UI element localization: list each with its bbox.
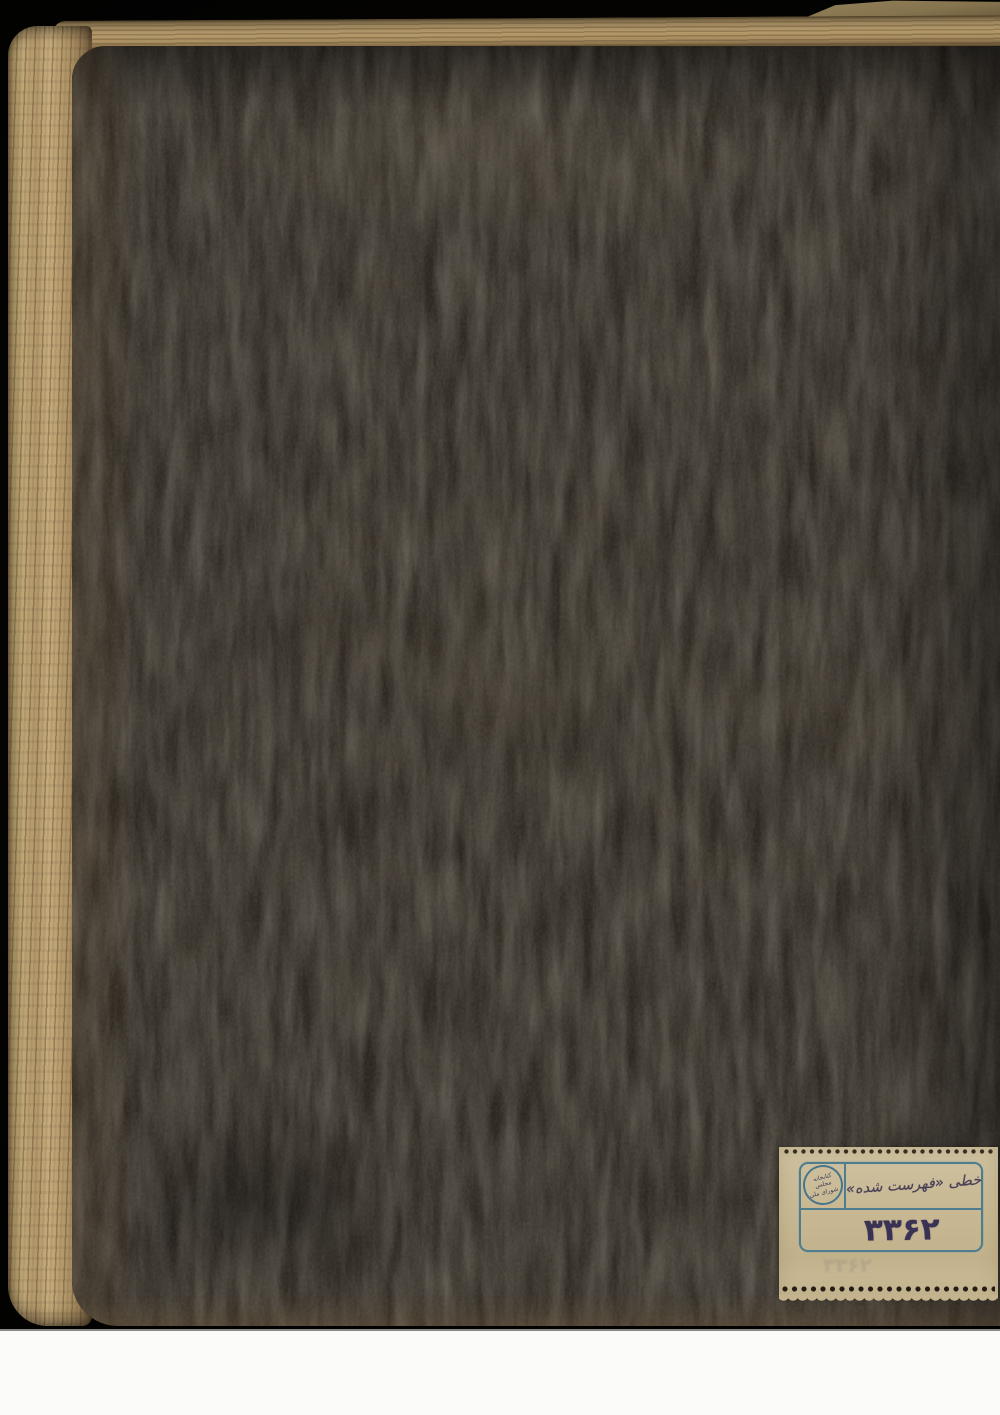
manuscript-scan: کتابخانه مجلس شورای ملی خطی «فهرست شده» … [0,0,1000,1415]
label-seal-cell: کتابخانه مجلس شورای ملی [801,1164,846,1208]
leather-wear-shading [72,46,1000,1326]
label-frame: کتابخانه مجلس شورای ملی خطی «فهرست شده» … [799,1162,983,1252]
label-perforation-bottom [782,1286,995,1292]
label-title: خطی «فهرست شده» [845,1172,981,1197]
library-seal-stamp: کتابخانه مجلس شورای ملی [800,1162,845,1207]
label-perforation-top [784,1149,995,1154]
scanner-background-strip [0,1329,1000,1415]
leather-back-cover [72,46,1000,1326]
shelf-number: ۳۳۶۲ [860,1211,940,1248]
label-number-row: ۳۳۶۲ [801,1210,981,1250]
label-header-row: کتابخانه مجلس شورای ملی خطی «فهرست شده» [801,1164,981,1210]
label-perforated-edge [779,1295,998,1307]
shelf-number-ink-ghost: ۳۳۶۲ [823,1253,872,1277]
label-title-cell: خطی «فهرست شده» [846,1164,981,1208]
library-catalog-label: کتابخانه مجلس شورای ملی خطی «فهرست شده» … [779,1147,998,1295]
